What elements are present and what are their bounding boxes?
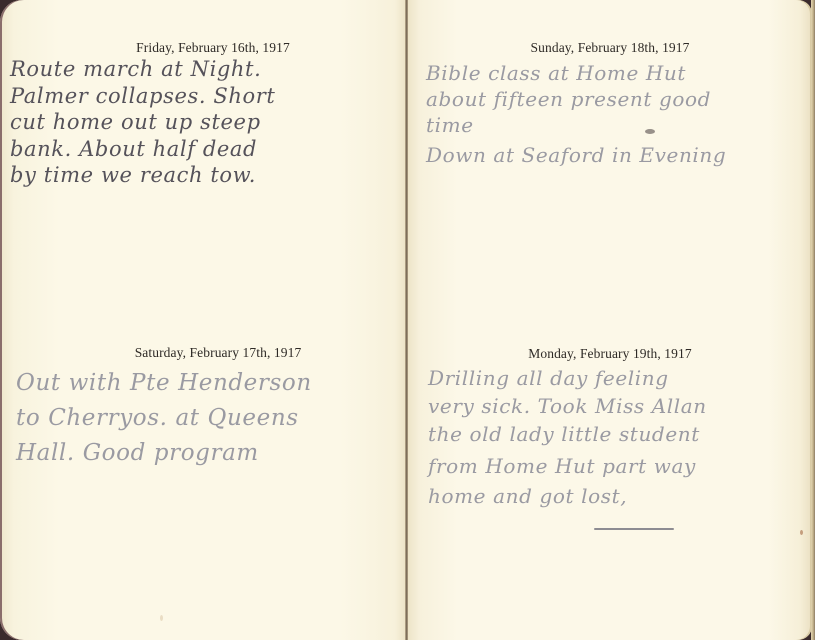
handwriting-line: Route march at Night.	[10, 56, 275, 83]
diary-entry-feb-19: Monday, February 19th, 1917 Drilling all…	[408, 320, 812, 640]
paper-stain	[800, 530, 803, 535]
entry-date: Sunday, February 18th, 1917	[408, 40, 812, 56]
diary-entry-feb-16: Friday, February 16th, 1917 Route march …	[0, 0, 406, 320]
left-page: Friday, February 16th, 1917 Route march …	[0, 0, 406, 640]
handwriting-line: by time we reach tow.	[10, 162, 275, 189]
handwriting-line: Down at Seaford in Evening	[426, 142, 726, 168]
entry-end-mark	[594, 528, 674, 530]
handwriting-line: home and got lost,	[428, 482, 707, 510]
handwriting-line: time	[426, 112, 726, 138]
entry-date: Saturday, February 17th, 1917	[0, 345, 406, 361]
handwriting-line: Drilling all day feeling	[428, 364, 707, 392]
handwriting-line: Hall. Good program	[16, 436, 312, 471]
entry-handwriting: Drilling all day feeling very sick. Took…	[428, 364, 707, 510]
diary-entry-feb-17: Saturday, February 17th, 1917 Out with P…	[0, 320, 406, 640]
page-edge	[811, 0, 815, 640]
handwriting-line: Bible class at Home Hut	[426, 60, 726, 86]
handwriting-line: about fifteen present good	[426, 86, 726, 112]
handwriting-line: bank. About half dead	[10, 136, 275, 163]
diary-spread: Friday, February 16th, 1917 Route march …	[0, 0, 815, 640]
diary-entry-feb-18: Sunday, February 18th, 1917 Bible class …	[408, 0, 812, 320]
handwriting-line: to Cherryos. at Queens	[16, 401, 312, 436]
handwriting-line: the old lady little student	[428, 420, 707, 448]
entry-handwriting: Route march at Night. Palmer collapses. …	[10, 56, 275, 189]
entry-date: Monday, February 19th, 1917	[408, 346, 812, 362]
ink-blot	[645, 129, 655, 134]
right-page: Sunday, February 18th, 1917 Bible class …	[408, 0, 812, 640]
entry-date: Friday, February 16th, 1917	[0, 40, 406, 56]
handwriting-line: very sick. Took Miss Allan	[428, 392, 707, 420]
handwriting-line: cut home out up steep	[10, 109, 275, 136]
handwriting-line: Out with Pte Henderson	[16, 366, 312, 401]
paper-stain	[160, 615, 163, 621]
handwriting-line: Palmer collapses. Short	[10, 83, 275, 110]
entry-handwriting: Bible class at Home Hut about fifteen pr…	[426, 60, 726, 168]
handwriting-line: from Home Hut part way	[428, 452, 707, 480]
entry-handwriting: Out with Pte Henderson to Cherryos. at Q…	[16, 366, 312, 471]
